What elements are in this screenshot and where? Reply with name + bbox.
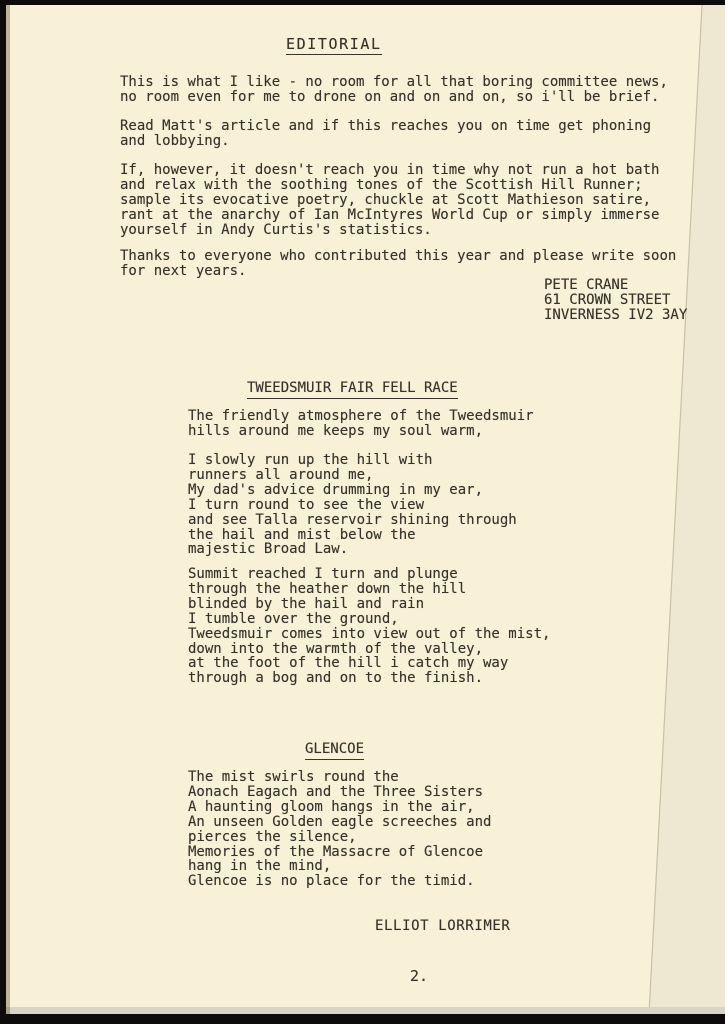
poem-title-glencoe: GLENCOE [305, 742, 364, 760]
bottom-paper-edge [6, 1007, 725, 1014]
contact-address-block: PETE CRANE 61 CROWN STREET INVERNESS IV2… [544, 278, 687, 323]
poem-glencoe-stanza-1: The mist swirls round the Aonach Eagach … [188, 770, 491, 889]
page-number: 2. [410, 969, 428, 984]
editorial-paragraph-2: Read Matt's article and if this reaches … [120, 119, 651, 149]
editorial-paragraph-4: Thanks to everyone who contributed this … [120, 249, 676, 279]
scanned-document-page: EDITORIAL This is what I like - no room … [0, 0, 725, 1024]
editorial-paragraph-1: This is what I like - no room for all th… [120, 75, 668, 105]
poem-tweedsmuir-stanza-2: I slowly run up the hill with runners al… [188, 453, 517, 557]
poem-title-tweedsmuir: TWEEDSMUIR FAIR FELL RACE [247, 381, 458, 399]
page-title: EDITORIAL [286, 36, 382, 55]
author-attribution: ELLIOT LORRIMER [375, 919, 510, 934]
editorial-paragraph-3: If, however, it doesn't reach you in tim… [120, 163, 659, 238]
gutter-shadow [6, 5, 10, 1014]
poem-tweedsmuir-stanza-1: The friendly atmosphere of the Tweedsmui… [188, 409, 534, 439]
poem-tweedsmuir-stanza-3: Summit reached I turn and plunge through… [188, 567, 550, 686]
